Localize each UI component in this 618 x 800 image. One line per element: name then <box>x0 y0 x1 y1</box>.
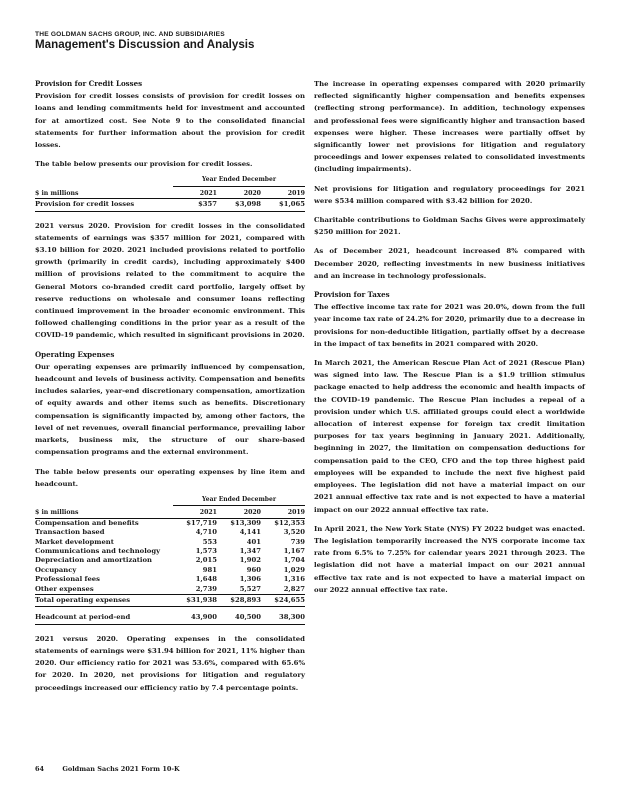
company-header: THE GOLDMAN SACHS GROUP, INC. AND SUBSID… <box>35 31 225 38</box>
row-label: Total operating expenses <box>35 594 173 606</box>
cell-value: 960 <box>217 566 261 575</box>
table-row: Professional fees 1,648 1,306 1,316 <box>35 575 305 584</box>
page-footer: 64 Goldman Sachs 2021 Form 10-K <box>35 765 180 773</box>
table-label-header: $ in millions <box>35 506 173 518</box>
row-label: Provision for credit losses <box>35 199 173 211</box>
effective-tax-rate-paragraph: The effective income tax rate for 2021 w… <box>314 301 585 350</box>
cell-value: $12,353 <box>261 518 305 528</box>
cell-value: 2,827 <box>261 585 305 595</box>
table-row: Transaction based 4,710 4,141 3,520 <box>35 528 305 537</box>
table-group-header: Year Ended December <box>173 495 305 506</box>
credit-losses-analysis: 2021 versus 2020. Provision for credit l… <box>35 220 305 342</box>
table-group-header: Year Ended December <box>173 175 305 186</box>
cell-value: $1,065 <box>261 199 305 211</box>
headcount-row: Headcount at period-end 43,900 40,500 38… <box>35 612 305 624</box>
cell-value: 43,900 <box>173 612 217 624</box>
cell-value: 38,300 <box>261 612 305 624</box>
table-row: Market development 553 401 739 <box>35 538 305 547</box>
row-label: Communications and technology <box>35 547 173 556</box>
opex-table-intro: The table below presents our operating e… <box>35 466 305 490</box>
year-header: 2019 <box>261 506 305 518</box>
provision-for-taxes-heading: Provision for Taxes <box>314 289 585 301</box>
year-header: 2021 <box>173 506 217 518</box>
year-header: 2020 <box>217 506 261 518</box>
table-row: Communications and technology 1,573 1,34… <box>35 547 305 556</box>
cell-value: 1,029 <box>261 566 305 575</box>
row-label: Depreciation and amortization <box>35 556 173 565</box>
operating-expenses-analysis: 2021 versus 2020. Operating expenses in … <box>35 633 305 694</box>
cell-value: 1,306 <box>217 575 261 584</box>
credit-losses-paragraph: Provision for credit losses consists of … <box>35 90 305 151</box>
cell-value: $3,098 <box>217 199 261 211</box>
cell-value: $357 <box>173 199 217 211</box>
operating-expenses-table: Year Ended December $ in millions 2021 2… <box>35 495 305 625</box>
cell-value: 1,347 <box>217 547 261 556</box>
row-label: Professional fees <box>35 575 173 584</box>
credit-losses-heading: Provision for Credit Losses <box>35 78 305 90</box>
cell-value: 40,500 <box>217 612 261 624</box>
cell-value: 4,710 <box>173 528 217 537</box>
cell-value: $17,719 <box>173 518 217 528</box>
cell-value: $24,655 <box>261 594 305 606</box>
cell-value: 5,527 <box>217 585 261 595</box>
footer-text: Goldman Sachs 2021 Form 10-K <box>62 765 179 773</box>
row-label: Market development <box>35 538 173 547</box>
cell-value: 1,648 <box>173 575 217 584</box>
year-header: 2021 <box>173 186 217 198</box>
cell-value: 553 <box>173 538 217 547</box>
table-row: Depreciation and amortization 2,015 1,90… <box>35 556 305 565</box>
cell-value: 1,167 <box>261 547 305 556</box>
table-row: Occupancy 981 960 1,029 <box>35 566 305 575</box>
document-page: THE GOLDMAN SACHS GROUP, INC. AND SUBSID… <box>0 0 618 800</box>
cell-value: $13,309 <box>217 518 261 528</box>
litigation-provisions-paragraph: Net provisions for litigation and regula… <box>314 183 585 207</box>
right-column: The increase in operating expenses compa… <box>314 78 585 603</box>
row-label: Occupancy <box>35 566 173 575</box>
cell-value: 1,704 <box>261 556 305 565</box>
page-number: 64 <box>35 765 44 773</box>
credit-table-intro: The table below presents our provision f… <box>35 158 305 170</box>
section-title: Management's Discussion and Analysis <box>35 38 254 51</box>
cell-value: 4,141 <box>217 528 261 537</box>
cell-value: 401 <box>217 538 261 547</box>
row-label: Other expenses <box>35 585 173 595</box>
table-row: Compensation and benefits $17,719 $13,30… <box>35 518 305 528</box>
left-column: Provision for Credit Losses Provision fo… <box>35 78 305 701</box>
opex-increase-paragraph: The increase in operating expenses compa… <box>314 78 585 176</box>
total-row: Total operating expenses $31,938 $28,893… <box>35 594 305 606</box>
cell-value: 739 <box>261 538 305 547</box>
cell-value: $31,938 <box>173 594 217 606</box>
cell-value: 1,573 <box>173 547 217 556</box>
year-header: 2019 <box>261 186 305 198</box>
table-row: Provision for credit losses $357 $3,098 … <box>35 199 305 211</box>
rescue-plan-paragraph: In March 2021, the American Rescue Plan … <box>314 357 585 516</box>
credit-losses-table: Year Ended December $ in millions 2021 2… <box>35 175 305 211</box>
cell-value: 2,739 <box>173 585 217 595</box>
table-row: Other expenses 2,739 5,527 2,827 <box>35 585 305 595</box>
cell-value: 2,015 <box>173 556 217 565</box>
cell-value: 981 <box>173 566 217 575</box>
charitable-contributions-paragraph: Charitable contributions to Goldman Sach… <box>314 214 585 238</box>
headcount-paragraph: As of December 2021, headcount increased… <box>314 245 585 282</box>
cell-value: 1,902 <box>217 556 261 565</box>
operating-expenses-heading: Operating Expenses <box>35 349 305 361</box>
nys-budget-paragraph: In April 2021, the New York State (NYS) … <box>314 523 585 596</box>
row-label: Transaction based <box>35 528 173 537</box>
row-label: Headcount at period-end <box>35 612 173 624</box>
cell-value: 3,520 <box>261 528 305 537</box>
cell-value: 1,316 <box>261 575 305 584</box>
year-header: 2020 <box>217 186 261 198</box>
table-label-header: $ in millions <box>35 186 173 198</box>
cell-value: $28,893 <box>217 594 261 606</box>
row-label: Compensation and benefits <box>35 518 173 528</box>
operating-expenses-paragraph: Our operating expenses are primarily inf… <box>35 361 305 459</box>
